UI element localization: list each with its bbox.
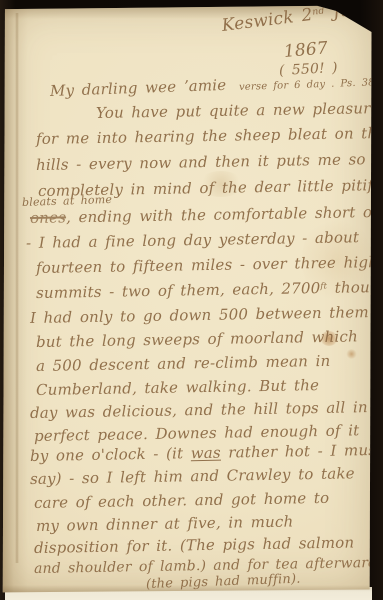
ink-stain — [346, 349, 357, 359]
letter-text-segment: was — [191, 444, 221, 463]
letter-text-segment: a 500 descent and re-climb mean in — [36, 352, 331, 375]
letter-line-letter-number: ( 550! ) — [279, 61, 338, 78]
letter-text-segment: say) - so I left him and Crawley to take — [30, 464, 355, 488]
letter-text-segment: rather hot - I must — [221, 441, 383, 462]
letter-text-segment: bleats at home — [22, 193, 113, 209]
letter-text-segment: for me into hearing the sheep bleat on t… — [36, 124, 383, 148]
letter-text-segment: ones — [30, 208, 66, 227]
letter-line-salutation: My darling wee ʼamie — [50, 78, 227, 99]
letter-line-insertion: bleats at home — [22, 194, 112, 208]
letter-line-verse-note: verse for 6 day . Ps. 38th. 14 — [239, 77, 383, 93]
paper-edge-shading-left — [2, 5, 28, 593]
letter-text-segment: - I had a fine long day yesterday - abou… — [26, 228, 359, 252]
letter-text-segment: (the pigs had muffin). — [146, 572, 301, 592]
letter-text-segment: day was delicious, and the hill tops all… — [30, 398, 368, 422]
letter-text-segment: disposition for it. (The pigs had salmon — [34, 533, 355, 557]
letter-text-segment: but the long sweeps of moorland which — [36, 327, 358, 351]
letter-line-body-13: day was delicious, and the hill tops all… — [30, 400, 368, 421]
letter-text-segment: summits - two of them, each, 2700 — [36, 279, 321, 302]
letter-line-body-3: hills - every now and then it puts me so — [36, 152, 366, 173]
letter-line-body-10: but the long sweeps of moorland which — [36, 329, 358, 350]
letter-line-body-21: (the pigs had muffin). — [146, 573, 301, 591]
letter-line-body-8: summits - two of them, each, 2700ft thou… — [36, 280, 383, 301]
letter-line-body-6: - I had a fine long day yesterday - abou… — [26, 230, 359, 251]
letter-text-segment: July — [324, 0, 368, 23]
letter-line-body-12: Cumberland, take walking. But the — [36, 378, 319, 398]
letter-text-segment: Cumberland, take walking. But the — [36, 376, 319, 399]
letter-text-segment: ( 550! ) — [279, 60, 339, 79]
letter-line-body-20: and shoulder of lamb.) and for tea after… — [34, 556, 383, 576]
letter-line-body-11: a 500 descent and re-climb mean in — [36, 354, 331, 374]
paper-crease — [15, 13, 19, 563]
letter-text-segment: fourteen to fifteen miles - over three h… — [36, 253, 378, 277]
letter-text-segment: th — [375, 78, 381, 84]
letter-photo: Keswick 2nd July1867( 550! )verse for 6 … — [0, 0, 383, 600]
letter-line-body-17: care of each other. and got home to — [34, 491, 330, 511]
letter-line-body-15: by one o'clock - (it was rather hot - I … — [30, 443, 383, 464]
letter-text-segment: verse for 6 day . Ps. 38 — [239, 77, 375, 93]
letter-line-body-14: perfect peace. Downes had enough of it — [34, 423, 360, 444]
letter-text-segment: care of each other. and got home to — [34, 489, 330, 512]
letter-line-body-16: say) - so I left him and Crawley to take — [30, 466, 355, 487]
letter-line-body-1: You have put quite a new pleasure — [96, 101, 380, 121]
letter-line-body-7: fourteen to fifteen miles - over three h… — [36, 255, 378, 276]
letter-line-body-9: I had only to go down 500 between them — [30, 305, 369, 326]
letter-line-body-5: ones, ending with the comfortable short … — [30, 204, 383, 226]
letter-text-segment: though — [327, 278, 383, 297]
letter-line-year: 1867 — [283, 40, 328, 61]
letter-line-body-19: disposition for it. (The pigs had salmon — [34, 535, 355, 556]
letter-text-segment: and shoulder of lamb.) and for tea after… — [34, 555, 383, 577]
letter-text-segment: nd — [312, 5, 326, 17]
letter-line-place-date: Keswick 2nd July — [221, 0, 367, 35]
letter-line-body-18: my own dinner at five, in much — [36, 515, 294, 534]
letter-text-segment: My darling wee ʼamie — [50, 76, 227, 100]
letter-line-body-2: for me into hearing the sheep bleat on t… — [36, 126, 383, 147]
letter-text-segment: Keswick 2 — [221, 5, 314, 36]
letter-text-segment: 1867 — [283, 38, 329, 62]
letter-text-segment: hills - every now and then it puts me so — [36, 150, 366, 174]
letter-paper: Keswick 2nd July1867( 550! )verse for 6 … — [2, 5, 373, 593]
letter-text-segment: by one o'clock - (it — [30, 444, 191, 465]
letter-text-segment: , ending with the comfortable short one … — [66, 202, 383, 226]
letter-text-segment: I had only to go down 500 between them — [30, 303, 369, 327]
letter-text-segment: my own dinner at five, in much — [36, 513, 294, 535]
letter-text-segment: You have put quite a new pleasure — [96, 99, 380, 122]
